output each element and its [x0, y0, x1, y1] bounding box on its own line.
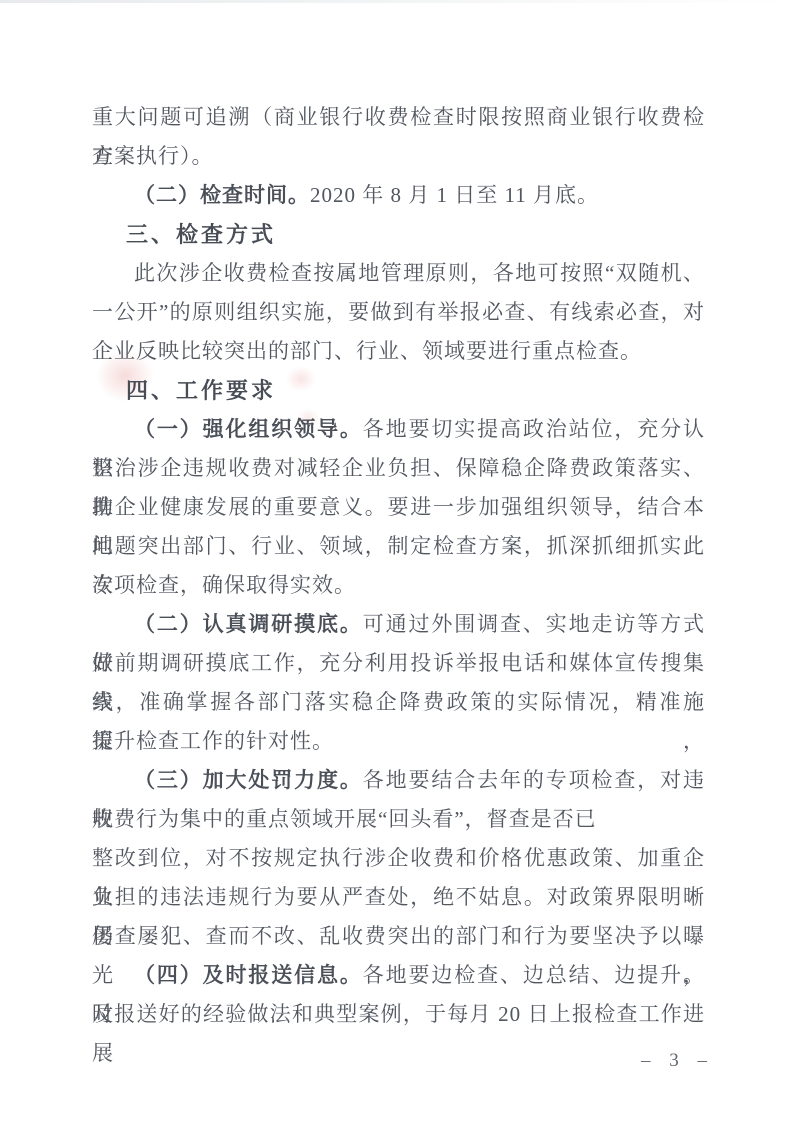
line-lead-text: （二）检查时间。 [134, 183, 310, 207]
document-line: （二）检查时间。2020 年 8 月 1 日至 11 月底。 [92, 176, 705, 215]
heading-text: 四、工作要求 [126, 378, 276, 403]
heading-text: 三、检查方式 [126, 222, 276, 247]
document-line: 整改到位，对不按规定执行涉企收费和价格优惠政策、加重企业 [92, 839, 705, 878]
document-line: 收费行为集中的重点领域开展“回头看”，督查是否已 [92, 800, 705, 839]
line-text: 2020 年 8 月 1 日至 11 月底。 [310, 183, 599, 207]
page-number: – 3 – [641, 1050, 714, 1072]
section-heading: 四、工作要求 [92, 371, 705, 410]
document-line: 负担的违法违规行为要从严查处，绝不姑息。对政策界限明晰仍 [92, 878, 705, 917]
line-text: 收费行为集中的重点领域开展“回头看”，督查是否已 [92, 807, 597, 831]
line-lead-text: （四）及时报送信息。 [134, 963, 363, 987]
document-line: 推企业健康发展的重要意义。要进一步加强组织领导，结合本地 [92, 488, 705, 527]
line-lead-text: （三）加大处罚力度。 [134, 768, 363, 792]
document-line: （三）加大处罚力度。各地要结合去年的专项检查，对违规 [92, 761, 705, 800]
line-text: 专项检查，确保取得实效。 [92, 573, 356, 597]
section-heading: 三、检查方式 [92, 215, 705, 254]
line-text: 时报送好的经验做法和典型案例，于每月 20 日上报检查工作进展 [92, 1002, 705, 1065]
document-line: （四）及时报送信息。各地要边检查、边总结、边提升，及 [92, 956, 705, 995]
document-line: 好前期调研摸底工作，充分利用投诉举报电话和媒体宣传搜集线 [92, 644, 705, 683]
document-line: 专项检查，确保取得实效。 [92, 566, 705, 605]
document-line: 时报送好的经验做法和典型案例，于每月 20 日上报检查工作进展 [92, 995, 705, 1034]
document-line: 屡查屡犯、查而不改、乱收费突出的部门和行为要坚决予以曝光。 [92, 917, 705, 956]
line-text: 提升检查工作的针对性。 [92, 729, 334, 753]
document-line: 索，准确掌握各部门落实稳企降费政策的实际情况，精准施策， [92, 683, 705, 722]
document-body: 重大问题可追溯（商业银行收费检查时限按照商业银行收费检查 方案执行）。 （二）检… [92, 98, 705, 1034]
line-lead-text: （二）认真调研摸底。 [134, 612, 363, 636]
document-line: 此次涉企收费检查按属地管理原则，各地可按照“双随机、 [92, 254, 705, 293]
document-line: （二）认真调研摸底。可通过外围调查、实地走访等方式做 [92, 605, 705, 644]
line-text: 一公开”的原则组织实施，要做到有举报必查、有线索必查，对 [92, 300, 705, 324]
document-line: 一公开”的原则组织实施，要做到有举报必查、有线索必查，对 [92, 293, 705, 332]
scanned-document-page: 重大问题可追溯（商业银行收费检查时限按照商业银行收费检查 方案执行）。 （二）检… [0, 0, 793, 1123]
document-line: 问题突出部门、行业、领域，制定检查方案，抓深抓细抓实此次 [92, 527, 705, 566]
document-line: 重大问题可追溯（商业银行收费检查时限按照商业银行收费检查 [92, 98, 705, 137]
document-line: 企业反映比较突出的部门、行业、领域要进行重点检查。 [92, 332, 705, 371]
line-lead-text: （一）强化组织领导。 [134, 417, 363, 441]
line-text: 企业反映比较突出的部门、行业、领域要进行重点检查。 [92, 339, 642, 363]
scan-edge-shadow [0, 0, 793, 3]
line-text: 此次涉企收费检查按属地管理原则，各地可按照“双随机、 [134, 261, 705, 285]
line-text: 方案执行）。 [92, 144, 214, 168]
document-line: （一）强化组织领导。各地要切实提高政治站位，充分认识 [92, 410, 705, 449]
document-line: 方案执行）。 [92, 137, 705, 176]
document-line: 整治涉企违规收费对减轻企业负担、保障稳企降费政策落实、助 [92, 449, 705, 488]
